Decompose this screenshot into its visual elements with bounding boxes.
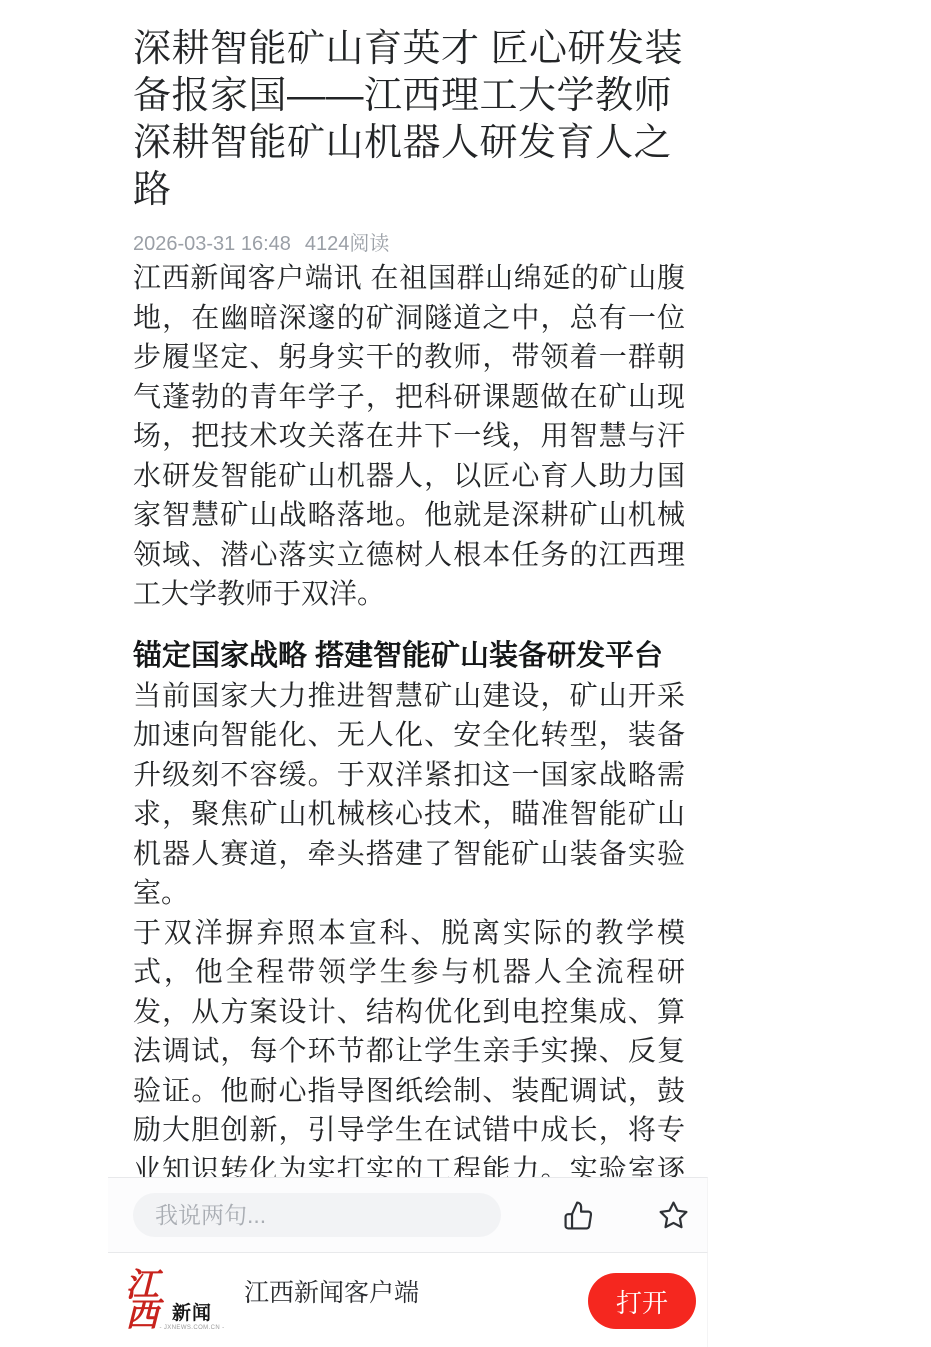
article-meta: 2026-03-31 16:484124阅读	[133, 230, 685, 258]
section-heading: 锚定国家战略 搭建智能矿山装备研发平台	[133, 636, 685, 676]
star-icon	[658, 1200, 689, 1231]
app-name: 江西新闻客户端	[244, 1273, 588, 1309]
open-app-button[interactable]: 打开	[588, 1273, 696, 1329]
article-paragraph: 江西新闻客户端讯 在祖国群山绵延的矿山腹地，在幽暗深邃的矿洞隧道之中，总有一位步…	[133, 258, 685, 614]
read-count: 4124阅读	[305, 233, 390, 255]
article-title: 深耕智能矿山育英才 匠心研发装备报家国——江西理工大学教师深耕智能矿山机器人研发…	[133, 26, 685, 214]
app-logo: 江西 新闻 - JXNEWS.COM.CN -	[133, 1271, 217, 1331]
article-paragraph: 当前国家大力推进智慧矿山建设，矿山开采加速向智能化、无人化、安全化转型，装备升级…	[133, 676, 685, 913]
article-content: 深耕智能矿山育英才 匠心研发装备报家国——江西理工大学教师深耕智能矿山机器人研发…	[108, 0, 708, 1347]
article-page: 深耕智能矿山育英才 匠心研发装备报家国——江西理工大学教师深耕智能矿山机器人研发…	[0, 0, 931, 1347]
logo-domain: - JXNEWS.COM.CN -	[159, 1325, 224, 1331]
app-download-banner: 江西 新闻 - JXNEWS.COM.CN - 江西新闻客户端 打开	[108, 1252, 708, 1347]
like-button[interactable]	[563, 1200, 594, 1231]
comment-bar	[108, 1177, 708, 1252]
publish-time: 2026-03-31 16:48	[133, 233, 291, 255]
favorite-button[interactable]	[658, 1200, 689, 1231]
logo-brand-black: 新闻	[172, 1304, 212, 1323]
thumbs-up-icon	[563, 1200, 594, 1231]
logo-brand-red: 江西	[125, 1271, 156, 1331]
comment-input[interactable]	[133, 1193, 501, 1237]
